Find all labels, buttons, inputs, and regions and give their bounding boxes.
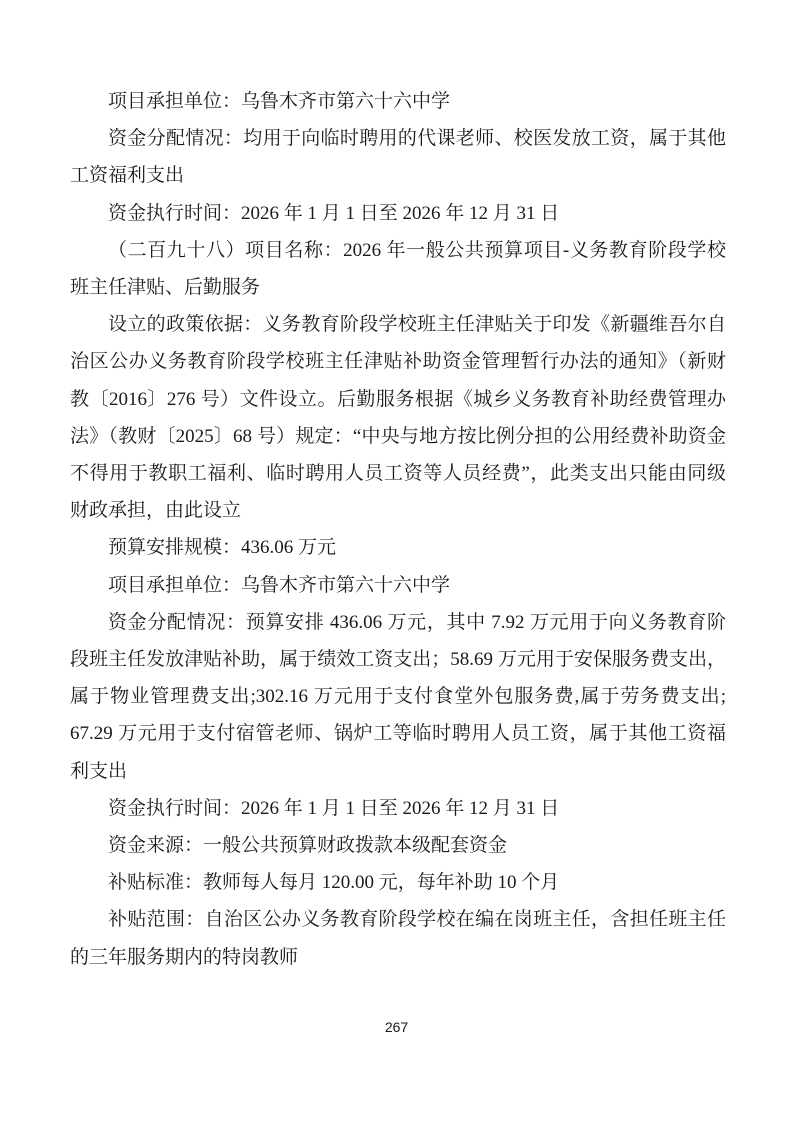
page-number: 267 xyxy=(0,1020,793,1035)
text-line: 不得用于教职工福利、临时聘用人员工资等人员经费”，此类支出只能由同级 xyxy=(70,455,726,492)
text-line: 补贴标准：教师每人每月 120.00 元，每年补助 10 个月 xyxy=(70,864,726,901)
paragraph: 补贴标准：教师每人每月 120.00 元，每年补助 10 个月 xyxy=(70,864,726,901)
text-line: 预算安排规模：436.06 万元 xyxy=(70,529,726,566)
paragraph: 资金执行时间：2026 年 1 月 1 日至 2026 年 12 月 31 日 xyxy=(70,790,726,827)
text-line: 资金执行时间：2026 年 1 月 1 日至 2026 年 12 月 31 日 xyxy=(70,195,726,232)
paragraph: 补贴范围：自治区公办义务教育阶段学校在编在岗班主任，含担任班主任的三年服务期内的… xyxy=(70,901,726,975)
text-line: 利支出 xyxy=(70,753,726,790)
text-line: 段班主任发放津贴补助，属于绩效工资支出；58.69 万元用于安保服务费支出， xyxy=(70,641,726,678)
text-line: 项目承担单位：乌鲁木齐市第六十六中学 xyxy=(70,83,726,120)
document-page: 项目承担单位：乌鲁木齐市第六十六中学资金分配情况：均用于向临时聘用的代课老师、校… xyxy=(0,0,793,1122)
text-line: 资金执行时间：2026 年 1 月 1 日至 2026 年 12 月 31 日 xyxy=(70,790,726,827)
paragraph: 资金执行时间：2026 年 1 月 1 日至 2026 年 12 月 31 日 xyxy=(70,195,726,232)
paragraph: 项目承担单位：乌鲁木齐市第六十六中学 xyxy=(70,567,726,604)
text-line: 法》（教财〔2025〕68 号）规定：“中央与地方按比例分担的公用经费补助资金 xyxy=(70,418,726,455)
paragraph: 预算安排规模：436.06 万元 xyxy=(70,529,726,566)
text-line: 财政承担，由此设立 xyxy=(70,492,726,529)
paragraph: 资金分配情况：均用于向临时聘用的代课老师、校医发放工资，属于其他工资福利支出 xyxy=(70,120,726,194)
document-body: 项目承担单位：乌鲁木齐市第六十六中学资金分配情况：均用于向临时聘用的代课老师、校… xyxy=(70,83,726,976)
text-line: 属于物业管理费支出;302.16 万元用于支付食堂外包服务费,属于劳务费支出; xyxy=(70,678,726,715)
text-line: 资金来源：一般公共预算财政拨款本级配套资金 xyxy=(70,827,726,864)
paragraph: （二百九十八）项目名称：2026 年一般公共预算项目-义务教育阶段学校班主任津贴… xyxy=(70,232,726,306)
paragraph: 资金来源：一般公共预算财政拨款本级配套资金 xyxy=(70,827,726,864)
text-line: 67.29 万元用于支付宿管老师、锅炉工等临时聘用人员工资，属于其他工资福 xyxy=(70,715,726,752)
text-line: 教〔2016〕276 号）文件设立。后勤服务根据《城乡义务教育补助经费管理办 xyxy=(70,381,726,418)
text-line: 工资福利支出 xyxy=(70,157,726,194)
text-line: （二百九十八）项目名称：2026 年一般公共预算项目-义务教育阶段学校 xyxy=(70,232,726,269)
paragraph: 项目承担单位：乌鲁木齐市第六十六中学 xyxy=(70,83,726,120)
text-line: 设立的政策依据：义务教育阶段学校班主任津贴关于印发《新疆维吾尔自 xyxy=(70,306,726,343)
text-line: 补贴范围：自治区公办义务教育阶段学校在编在岗班主任，含担任班主任 xyxy=(70,901,726,938)
paragraph: 设立的政策依据：义务教育阶段学校班主任津贴关于印发《新疆维吾尔自治区公办义务教育… xyxy=(70,306,726,529)
text-line: 资金分配情况：预算安排 436.06 万元，其中 7.92 万元用于向义务教育阶 xyxy=(70,604,726,641)
paragraph: 资金分配情况：预算安排 436.06 万元，其中 7.92 万元用于向义务教育阶… xyxy=(70,604,726,790)
text-line: 班主任津贴、后勤服务 xyxy=(70,269,726,306)
text-line: 项目承担单位：乌鲁木齐市第六十六中学 xyxy=(70,567,726,604)
text-line: 的三年服务期内的特岗教师 xyxy=(70,939,726,976)
text-line: 治区公办义务教育阶段学校班主任津贴补助资金管理暂行办法的通知》（新财 xyxy=(70,343,726,380)
text-line: 资金分配情况：均用于向临时聘用的代课老师、校医发放工资，属于其他 xyxy=(70,120,726,157)
